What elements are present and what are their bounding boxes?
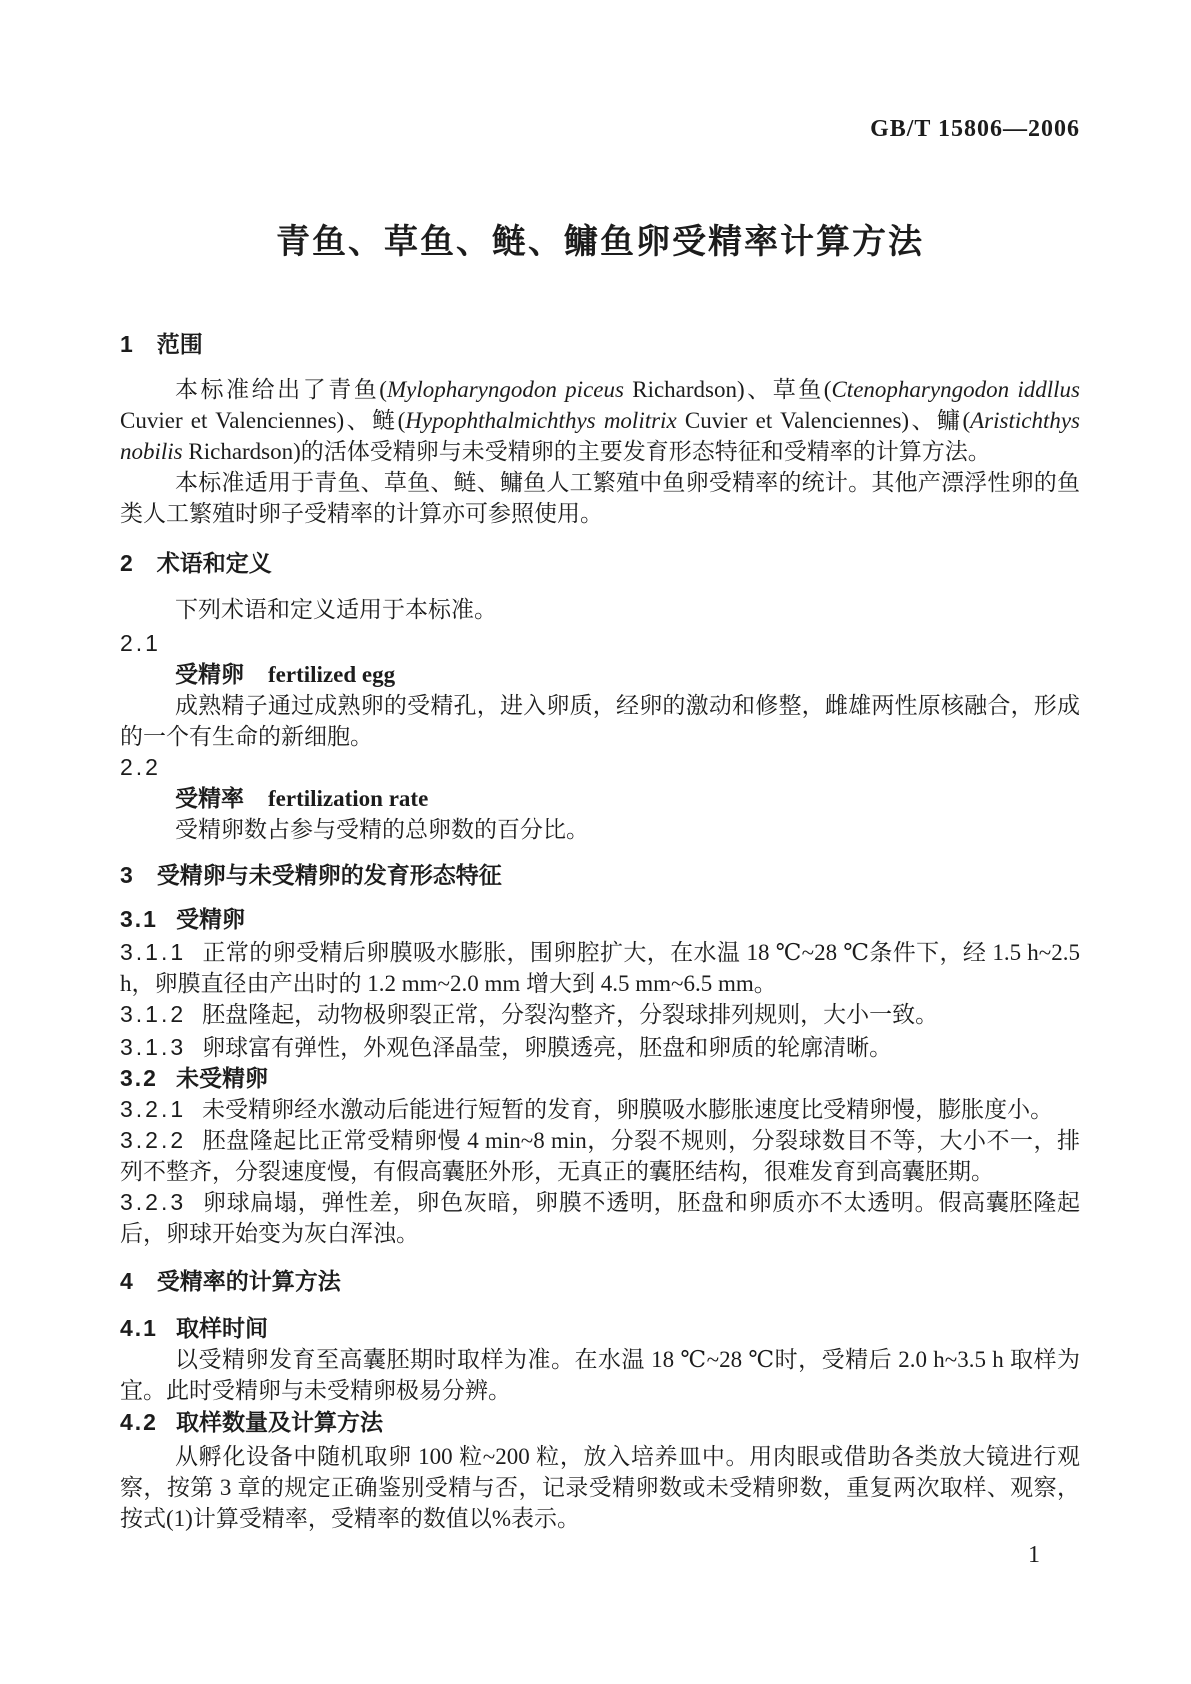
section-4-1-title: 取样时间 xyxy=(176,1315,268,1341)
document-page: GB/T 15806—2006 青鱼、草鱼、鲢、鳙鱼卵受精率计算方法 1范围 本… xyxy=(0,0,1191,1684)
section-4-1-heading: 4.1取样时间 xyxy=(120,1313,1080,1344)
clause-text: 卵球富有弹性，外观色泽晶莹，卵膜透亮，胚盘和卵质的轮廓清晰。 xyxy=(202,1035,892,1060)
clause-2-1-number: 2.1 xyxy=(120,628,1080,659)
section-2-heading: 2术语和定义 xyxy=(120,548,1080,579)
clause-3-2-3: 3.2.3卵球扁塌，弹性差，卵色灰暗，卵膜不透明，胚盘和卵质亦不太透明。假高囊胚… xyxy=(120,1187,1080,1249)
clause-4-1-text: 以受精卵发育至高囊胚期时取样为准。在水温 18 ℃~28 ℃时，受精后 2.0 … xyxy=(120,1344,1080,1406)
section-4-heading: 4受精率的计算方法 xyxy=(120,1266,1080,1297)
section-1-heading: 1范围 xyxy=(120,329,1080,360)
section-4-title: 受精率的计算方法 xyxy=(157,1268,341,1294)
clause-4-2-text: 从孵化设备中随机取卵 100 粒~200 粒，放入培养皿中。用肉眼或借助各类放大… xyxy=(120,1441,1080,1534)
section-3-1-title: 受精卵 xyxy=(176,906,245,932)
latin-species-name: Mylopharyngodon piceus xyxy=(387,377,624,402)
section-4-1-number: 4.1 xyxy=(120,1315,158,1341)
term-en: fertilization rate xyxy=(268,786,428,811)
clause-3-1-3: 3.1.3卵球富有弹性，外观色泽晶莹，卵膜透亮，胚盘和卵质的轮廓清晰。 xyxy=(120,1032,1080,1063)
term-fertilized-egg: 受精卵fertilized egg xyxy=(120,659,1080,690)
section-4-2-number: 4.2 xyxy=(120,1409,158,1435)
clause-number: 3.2.2 xyxy=(120,1127,186,1153)
section-3-1-heading: 3.1受精卵 xyxy=(120,904,1080,935)
term-fertilized-egg-definition: 成熟精子通过成熟卵的受精孔，进入卵质，经卵的激动和修整，雌雄两性原核融合，形成的… xyxy=(120,690,1080,752)
clause-3-2-2: 3.2.2胚盘隆起比正常受精卵慢 4 min~8 min，分裂不规则，分裂球数目… xyxy=(120,1125,1080,1187)
section-3-number: 3 xyxy=(120,862,135,888)
term-fertilization-rate-definition: 受精卵数占参与受精的总卵数的百分比。 xyxy=(120,814,1080,845)
section-3-1-number: 3.1 xyxy=(120,906,158,932)
section-2-title: 术语和定义 xyxy=(157,550,272,576)
page-title: 青鱼、草鱼、鲢、鳙鱼卵受精率计算方法 xyxy=(120,220,1080,264)
clause-3-1-1: 3.1.1正常的卵受精后卵膜吸水膨胀，围卵腔扩大，在水温 18 ℃~28 ℃条件… xyxy=(120,937,1080,999)
term-en: fertilized egg xyxy=(268,662,395,687)
clause-number: 3.1.3 xyxy=(120,1034,186,1060)
term-zh: 受精卵 xyxy=(175,661,244,687)
clause-number: 3.2.3 xyxy=(120,1189,186,1215)
text-segment: Cuvier et Valenciennes)、鲢( xyxy=(120,408,405,433)
clause-3-2-1: 3.2.1未受精卵经水激动后能进行短暂的发育，卵膜吸水膨胀速度比受精卵慢，膨胀度… xyxy=(120,1094,1080,1125)
latin-species-name: Hypophthalmichthys molitrix xyxy=(405,408,676,433)
latin-species-name: Ctenopharyngodon iddllus xyxy=(831,377,1080,402)
clause-number: 3.2.1 xyxy=(120,1096,186,1122)
section-3-heading: 3受精卵与未受精卵的发育形态特征 xyxy=(120,860,1080,891)
scope-paragraph-2: 本标准适用于青鱼、草鱼、鲢、鳙鱼人工繁殖中鱼卵受精率的统计。其他产漂浮性卵的鱼类… xyxy=(120,467,1080,529)
text-segment: Richardson)的活体受精卵与未受精卵的主要发育形态特征和受精率的计算方法… xyxy=(183,439,991,464)
term-fertilization-rate: 受精率fertilization rate xyxy=(120,783,1080,814)
section-4-2-title: 取样数量及计算方法 xyxy=(176,1409,383,1435)
clause-number: 3.1.2 xyxy=(120,1001,186,1027)
scope-paragraph-1: 本标准给出了青鱼(Mylopharyngodon piceus Richards… xyxy=(120,374,1080,467)
term-zh: 受精率 xyxy=(175,785,244,811)
clause-number: 3.1.1 xyxy=(120,939,186,965)
text-segment: Richardson)、草鱼( xyxy=(624,377,832,402)
section-1-number: 1 xyxy=(120,331,135,357)
clause-text: 卵球扁塌，弹性差，卵色灰暗，卵膜不透明，胚盘和卵质亦不太透明。假高囊胚隆起后，卵… xyxy=(120,1190,1080,1246)
section-4-number: 4 xyxy=(120,1268,135,1294)
terms-intro: 下列术语和定义适用于本标准。 xyxy=(120,594,1080,625)
clause-text: 胚盘隆起，动物极卵裂正常，分裂沟整齐，分裂球排列规则，大小一致。 xyxy=(202,1002,938,1027)
clause-text: 正常的卵受精后卵膜吸水膨胀，围卵腔扩大，在水温 18 ℃~28 ℃条件下，经 1… xyxy=(120,940,1080,996)
section-3-2-title: 未受精卵 xyxy=(176,1065,268,1091)
page-number: 1 xyxy=(120,1540,1080,1571)
section-4-2-heading: 4.2取样数量及计算方法 xyxy=(120,1407,1080,1438)
text-segment: 本标准给出了青鱼( xyxy=(175,377,387,402)
text-segment: Cuvier et Valenciennes)、鳙( xyxy=(677,408,970,433)
clause-3-1-2: 3.1.2胚盘隆起，动物极卵裂正常，分裂沟整齐，分裂球排列规则，大小一致。 xyxy=(120,999,1080,1030)
section-1-title: 范围 xyxy=(157,331,203,357)
clause-text: 未受精卵经水激动后能进行短暂的发育，卵膜吸水膨胀速度比受精卵慢，膨胀度小。 xyxy=(202,1097,1053,1122)
section-3-title: 受精卵与未受精卵的发育形态特征 xyxy=(157,862,502,888)
clause-2-2-number: 2.2 xyxy=(120,752,1080,783)
standard-code: GB/T 15806—2006 xyxy=(120,114,1080,145)
section-3-2-heading: 3.2未受精卵 xyxy=(120,1063,1080,1094)
section-2-number: 2 xyxy=(120,550,135,576)
section-3-2-number: 3.2 xyxy=(120,1065,158,1091)
clause-text: 胚盘隆起比正常受精卵慢 4 min~8 min，分裂不规则，分裂球数目不等，大小… xyxy=(120,1128,1080,1184)
